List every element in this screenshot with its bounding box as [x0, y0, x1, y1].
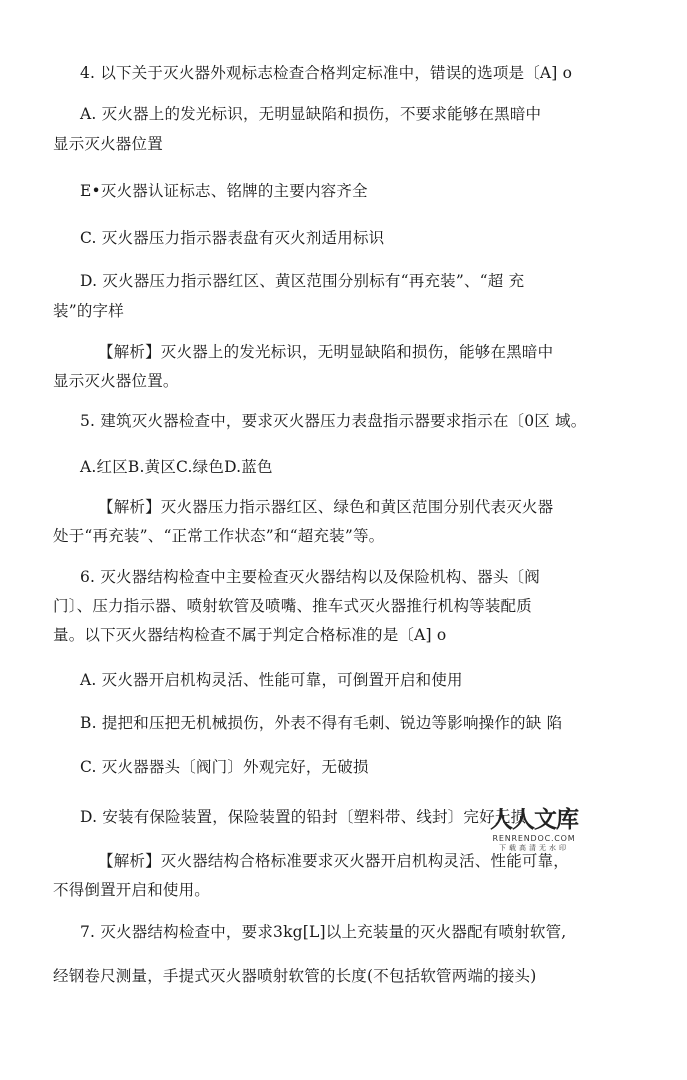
question-4-option-d-cont: 装”的字样	[53, 301, 124, 321]
question-6-option-a: A. 灭火器开启机构灵活、性能可靠，可倒置开启和使用	[80, 670, 463, 690]
question-7-stem-cont: 经钢卷尺测量，手提式灭火器喷射软管的长度(不包括软管两端的接头)	[53, 966, 537, 986]
question-5-stem: 5. 建筑灭火器检查中，要求灭火器压力表盘指示器要求指示在〔0区 域。	[80, 411, 587, 431]
question-4-analysis-cont: 显示灭火器位置。	[53, 371, 179, 391]
question-5-analysis-cont: 处于“再充装”、“正常工作状态”和“超充装”等。	[53, 526, 384, 546]
question-6-stem: 6. 灭火器结构检查中主要检查灭火器结构以及保险机构、器头〔阀	[80, 567, 540, 587]
question-5-analysis: 【解析】灭火器压力指示器红区、绿色和黄区范围分别代表灭火器	[98, 497, 553, 517]
question-6-stem-cont-2: 量。以下灭火器结构检查不属于判定合格标准的是〔A] o	[53, 625, 446, 645]
question-5-options: A.红区B.黄区C.绿色D.蓝色	[80, 457, 273, 477]
watermark-domain: RENRENDOC.COM	[484, 834, 584, 844]
question-4-option-a-cont: 显示灭火器位置	[53, 134, 163, 154]
question-4-option-a: A. 灭火器上的发光标识，无明显缺陷和损伤，不要求能够在黑暗中	[80, 104, 541, 124]
question-4-analysis: 【解析】灭火器上的发光标识，无明显缺陷和损伤，能够在黑暗中	[98, 342, 553, 362]
question-6-analysis: 【解析】灭火器结构合格标准要求灭火器开启机构灵活、性能可靠，	[98, 851, 569, 871]
question-4-option-c: C. 灭火器压力指示器表盘有灭火剂适用标识	[80, 228, 384, 248]
question-6-option-b: B. 提把和压把无机械损伤，外表不得有毛刺、锐边等影响操作的缺 陷	[80, 713, 562, 733]
question-4-option-d: D. 灭火器压力指示器红区、黄区范围分别标有“再充装”、“超 充	[80, 271, 524, 291]
question-6-option-c: C. 灭火器器头〔阀门〕外观完好，无破损	[80, 757, 369, 777]
question-6-option-d: D. 安装有保险装置，保险装置的铅封〔塑料带、线封〕完好无损	[80, 807, 526, 827]
question-4-stem: 4. 以下关于灭火器外观标志检查合格判定标准中，错误的选项是〔A] o	[80, 63, 572, 83]
question-7-stem: 7. 灭火器结构检查中，要求3kg[L]以上充装量的灭火器配有喷射软管,	[80, 922, 566, 942]
question-6-stem-cont-1: 门〕、压力指示器、喷射软管及喷嘴、推车式灭火器推行机构等装配质	[53, 596, 532, 616]
question-6-analysis-cont: 不得倒置开启和使用。	[53, 880, 210, 900]
question-4-option-b: E•灭火器认证标志、铭牌的主要内容齐全	[80, 181, 368, 201]
